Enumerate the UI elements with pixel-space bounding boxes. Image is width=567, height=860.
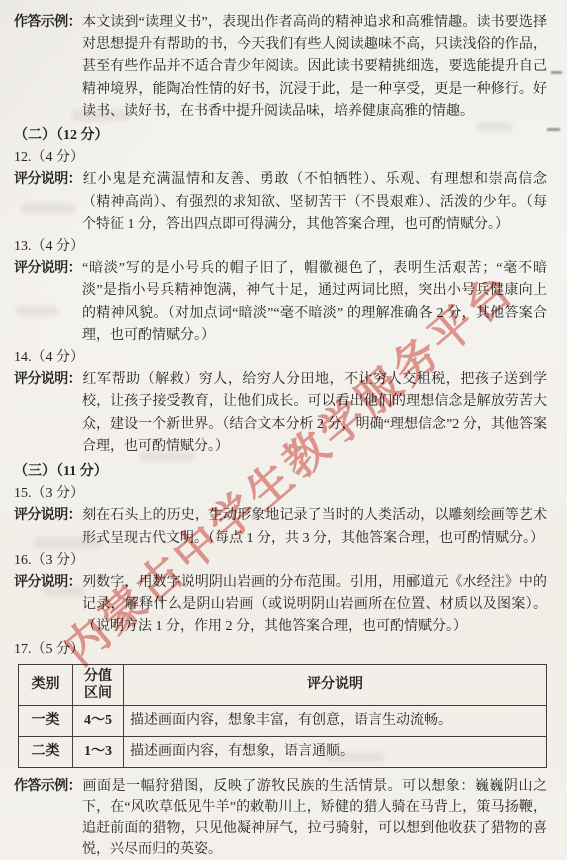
cell-description: 描述画面内容，有想象，语言通顺。 (124, 736, 547, 767)
scoring-text: 列数字，用数字说明阴山岩画的分布范围。引用，用郦道元《水经注》中的记录，解释什么… (82, 575, 547, 634)
section-2-heading: （二）（12 分） (14, 125, 547, 147)
table-row: 二类 1～3 描述画面内容，有想象，语言通顺。 (19, 736, 547, 767)
scoring-text: 红军帮助（解救）穷人，给穷人分田地，不让穷人交租税，把孩子送到学校，让孩子接受教… (82, 372, 547, 454)
cell-score-range: 4～5 (73, 705, 124, 736)
section-3-heading: （三）（11 分） (14, 461, 547, 483)
scanned-answer-key-page: 作答示例：本文读到“读理义书”，表现出作者高尚的精神追求和高雅情趣。读书要选择对… (0, 0, 567, 860)
question-13-number: 13.（4 分） (14, 236, 547, 258)
question-14-scoring: 评分说明：红军帮助（解救）穷人，给穷人分田地，不让穷人交租税，把孩子送到学校，让… (14, 369, 547, 458)
scoring-text: “暗淡”写的是小号兵的帽子旧了，帽徽褪色了，表明生活艰苦；“毫不暗淡”是指小号兵… (82, 261, 547, 343)
cell-description: 描述画面内容，想象丰富，有创意，语言生动流畅。 (124, 705, 547, 736)
scoring-label: 评分说明： (14, 505, 82, 527)
header-score-range: 分值 区间 (73, 664, 124, 705)
answer-example-label: 作答示例： (14, 12, 82, 34)
question-16-scoring: 评分说明：列数字，用数字说明阴山岩画的分布范围。引用，用郦道元《水经注》中的记录… (14, 572, 547, 639)
scoring-label: 评分说明： (14, 369, 82, 391)
scoring-label: 评分说明： (14, 169, 82, 191)
scan-edge-artifact (547, 128, 560, 131)
answer-example-text: 本文读到“读理义书”，表现出作者高尚的精神追求和高雅情趣。读书要选择对思想提升有… (82, 15, 547, 119)
question-16-number: 16.（3 分） (14, 550, 547, 572)
question-15-number: 15.（3 分） (14, 483, 547, 505)
answer-example-text: 画面是一幅狩猎图，反映了游牧民族的生活情景。可以想象：巍巍阴山之下，在“风吹草低… (82, 779, 547, 857)
scoring-text: 刻在石头上的历史，生动形象地记录了当时的人类活动，以雕刻绘画等艺术形式呈现古代文… (82, 508, 547, 545)
scoring-label: 评分说明： (14, 258, 82, 280)
table-header-row: 类别 分值 区间 评分说明 (19, 664, 547, 705)
answer-example-q17: 作答示例：画面是一幅狩猎图，反映了游牧民族的生活情景。可以想象：巍巍阴山之下，在… (14, 776, 547, 860)
header-scoring-description: 评分说明 (124, 664, 547, 705)
question-17-number: 17.（5 分） (14, 639, 547, 661)
scan-edge-artifact (551, 71, 562, 74)
question-12-scoring: 评分说明：红小鬼是充满温情和友善、勇敢（不怕牺牲）、乐观、有理想和崇高信念（精神… (14, 169, 547, 236)
question-14-number: 14.（4 分） (14, 347, 547, 369)
scoring-label: 评分说明： (14, 572, 82, 594)
question-13-scoring: 评分说明：“暗淡”写的是小号兵的帽子旧了，帽徽褪色了，表明生活艰苦；“毫不暗淡”… (14, 258, 547, 347)
answer-example-reading: 作答示例：本文读到“读理义书”，表现出作者高尚的精神追求和高雅情趣。读书要选择对… (14, 12, 547, 123)
question-12-number: 12.（4 分） (14, 147, 547, 169)
header-category: 类别 (19, 664, 73, 705)
answer-example-label: 作答示例： (14, 776, 82, 797)
question-15-scoring: 评分说明：刻在石头上的历史，生动形象地记录了当时的人类活动，以雕刻绘画等艺术形式… (14, 505, 547, 549)
grading-rubric-table: 类别 分值 区间 评分说明 一类 4～5 描述画面内容，想象丰富，有创意，语言生… (18, 664, 547, 768)
table-row: 一类 4～5 描述画面内容，想象丰富，有创意，语言生动流畅。 (19, 705, 547, 736)
cell-score-range: 1～3 (73, 736, 124, 767)
scoring-text: 红小鬼是充满温情和友善、勇敢（不怕牺牲）、乐观、有理想和崇高信念（精神高尚）、有… (82, 172, 547, 231)
cell-category: 二类 (19, 736, 73, 767)
cell-category: 一类 (19, 705, 73, 736)
